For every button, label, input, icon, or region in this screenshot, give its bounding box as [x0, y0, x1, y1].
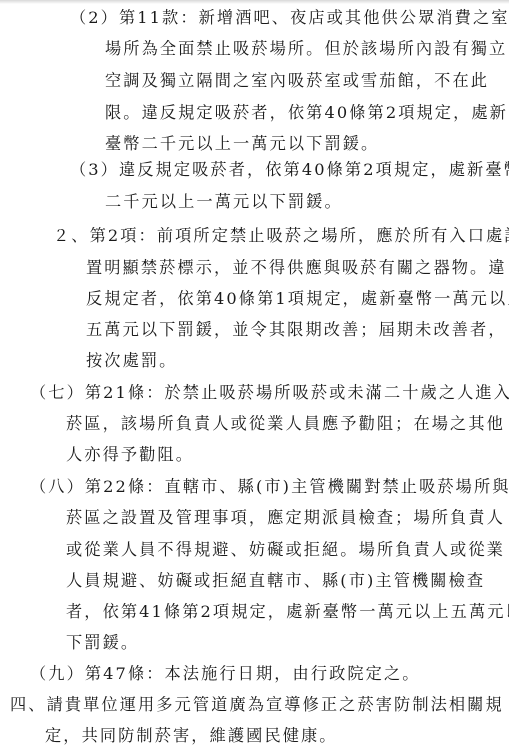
section-8-line-3: 或從業人員不得規避、妨礙或拒絕。場所負責人或從業 [66, 540, 505, 560]
section-8-line-5: 者，依第41條第2項規定，處新臺幣一萬元以上五萬元以 [66, 602, 509, 622]
section-7-line-1: （七）第21條：於禁止吸菸場所吸菸或未滿二十歲之人進入吸 [30, 383, 509, 403]
page-top-shadow [0, 0, 509, 4]
item-2-line-3: 空調及獨立隔間之室內吸菸室或雪茄館，不在此 [105, 71, 489, 91]
para-2-line-3: 反規定者，依第40條第1項規定，處新臺幣一萬元以上 [86, 289, 509, 309]
item-3-line-2: 二千元以上一萬元以下罰鍰。 [105, 192, 343, 212]
para-2-line-5: 按次處罰。 [86, 351, 177, 371]
item-2-line-4: 限。違反規定吸菸者，依第40條第2項規定，處新 [105, 103, 508, 123]
item-2-line-2: 場所為全面禁止吸菸場所。但於該場所內設有獨立 [105, 39, 507, 59]
item-2-line-1: （2）第11款：新增酒吧、夜店或其他供公眾消費之室內 [70, 8, 509, 28]
section-four-line-2: 定，共同防制菸害，維護國民健康。 [45, 726, 338, 746]
section-8-line-4: 人員規避、妨礙或拒絕直轄市、縣(市)主管機關檢查 [66, 571, 485, 591]
para-2-line-4: 五萬元以下罰鍰，並令其限期改善；屆期未改善者， [86, 320, 507, 340]
item-2-line-5: 臺幣二千元以上一萬元以下罰鍰。 [105, 134, 379, 154]
section-four-line-1: 四、請貴單位運用多元管道廣為宣導修正之菸害防制法相關規 [10, 695, 504, 715]
section-8-line-1: （八）第22條：直轄市、縣(市)主管機關對禁止吸菸場所與吸 [30, 477, 509, 497]
section-8-line-6: 下罰鍰。 [66, 633, 139, 653]
section-8-line-2: 菸區之設置及管理事項，應定期派員檢查；場所負責人 [66, 508, 505, 528]
para-2-line-1: ２、第2項：前項所定禁止吸菸之場所，應於所有入口處設 [53, 226, 509, 246]
section-9-line-1: （九）第47條：本法施行日期，由行政院定之。 [30, 664, 421, 684]
section-7-line-2: 菸區，該場所負責人或從業人員應予勸阻；在場之其他 [66, 414, 505, 434]
item-3-line-1: （3）違反規定吸菸者，依第40條第2項規定，處新臺幣 [70, 160, 509, 180]
para-2-line-2: 置明顯禁菸標示，並不得供應與吸菸有關之器物。違 [86, 258, 507, 278]
section-7-line-3: 人亦得予勸阻。 [66, 445, 194, 465]
